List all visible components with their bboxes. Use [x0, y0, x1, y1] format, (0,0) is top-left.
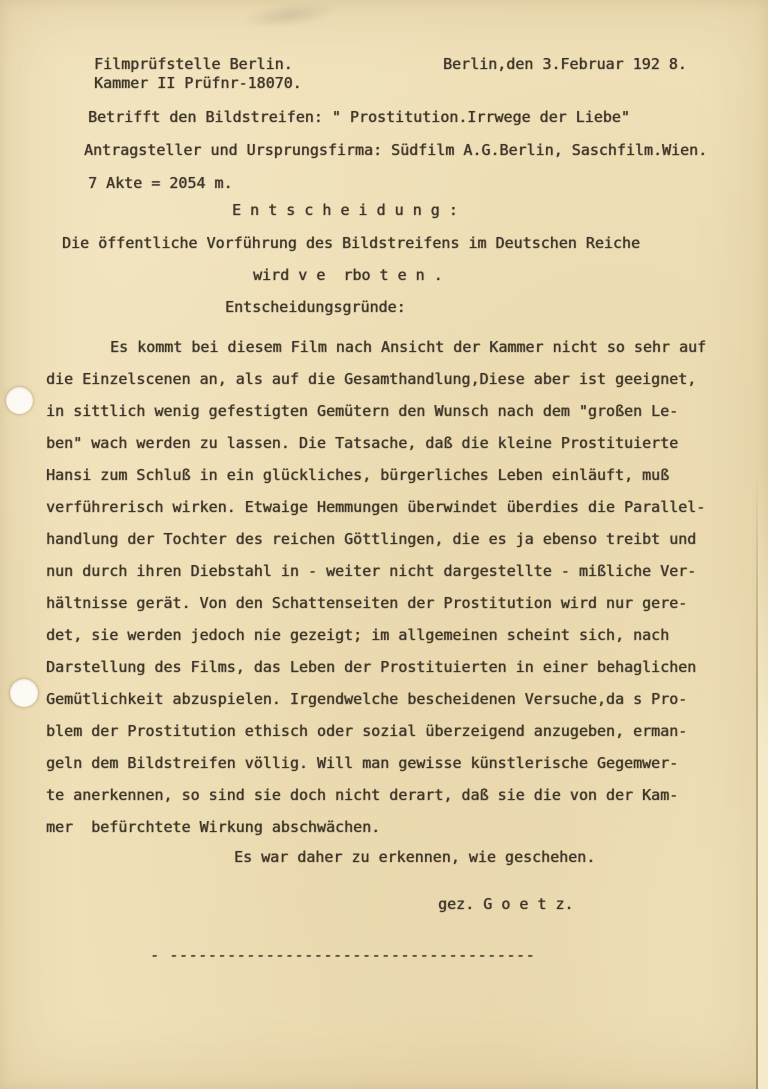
- body-line: Hansi zum Schluß in ein glückliches, bür…: [46, 465, 746, 497]
- body-line: mer befürchtete Wirkung abschwächen.: [46, 817, 746, 849]
- decision-heading: E n t s c h e i d u n g :: [232, 203, 458, 218]
- film-length-line: 7 Akte = 2054 m.: [88, 176, 233, 191]
- body-line: geln dem Bildstreifen völlig. Will man g…: [46, 753, 746, 785]
- signature-line: gez. G o e t z.: [438, 897, 573, 912]
- page-edge-line: [756, 470, 758, 1089]
- office-name: Filmprüfstelle Berlin.: [94, 57, 293, 72]
- applicant-line: Antragsteller und Ursprungsfirma: Südfil…: [84, 143, 707, 158]
- punch-hole-bottom: [10, 679, 38, 707]
- body-line: in sittlich wenig gefestigten Gemütern d…: [46, 401, 746, 433]
- body-line: nun durch ihren Diebstahl in - weiter ni…: [46, 561, 746, 593]
- body-line: te anerkennen, so sind sie doch nicht de…: [46, 785, 746, 817]
- closing-line: Es war daher zu erkennen, wie geschehen.: [234, 850, 595, 865]
- body-line: Gemütlichkeit abzuspielen. Irgendwelche …: [46, 689, 746, 721]
- dashed-separator: - --------------------------------------: [150, 948, 535, 963]
- reasons-heading: Entscheidungsgründe:: [225, 300, 406, 315]
- date-line: Berlin,den 3.Februar 192 8.: [443, 57, 687, 72]
- reasons-paragraph: Es kommt bei diesem Film nach Ansicht de…: [46, 337, 746, 849]
- document-page: Filmprüfstelle Berlin. Berlin,den 3.Febr…: [0, 0, 768, 1089]
- subject-line: Betrifft den Bildstreifen: " Prostitutio…: [88, 110, 630, 125]
- body-line: ben" wach werden zu lassen. Die Tatsache…: [46, 433, 746, 465]
- punch-hole-top: [6, 387, 33, 414]
- body-line: det, sie werden jedoch nie gezeigt; im a…: [46, 625, 746, 657]
- page-edge-strip: [758, 470, 768, 1089]
- body-line: Es kommt bei diesem Film nach Ansicht de…: [46, 337, 746, 369]
- decision-line2: wird v e rbo t e n .: [253, 268, 443, 283]
- body-line: verführerisch wirken. Etwaige Hemmungen …: [46, 497, 746, 529]
- decision-line1: Die öffentliche Vorführung des Bildstrei…: [62, 236, 640, 251]
- body-line: die Einzelscenen an, als auf die Gesamth…: [46, 369, 746, 401]
- body-line: Darstellung des Films, das Leben der Pro…: [46, 657, 746, 689]
- body-line: handlung der Tochter des reichen Göttlin…: [46, 529, 746, 561]
- body-line: blem der Prostitution ethisch oder sozia…: [46, 721, 746, 753]
- pencil-smudge: [239, 0, 341, 33]
- chamber-number: Kammer II Prüfnr-18070.: [94, 76, 302, 91]
- body-line: hältnisse gerät. Von den Schattenseiten …: [46, 593, 746, 625]
